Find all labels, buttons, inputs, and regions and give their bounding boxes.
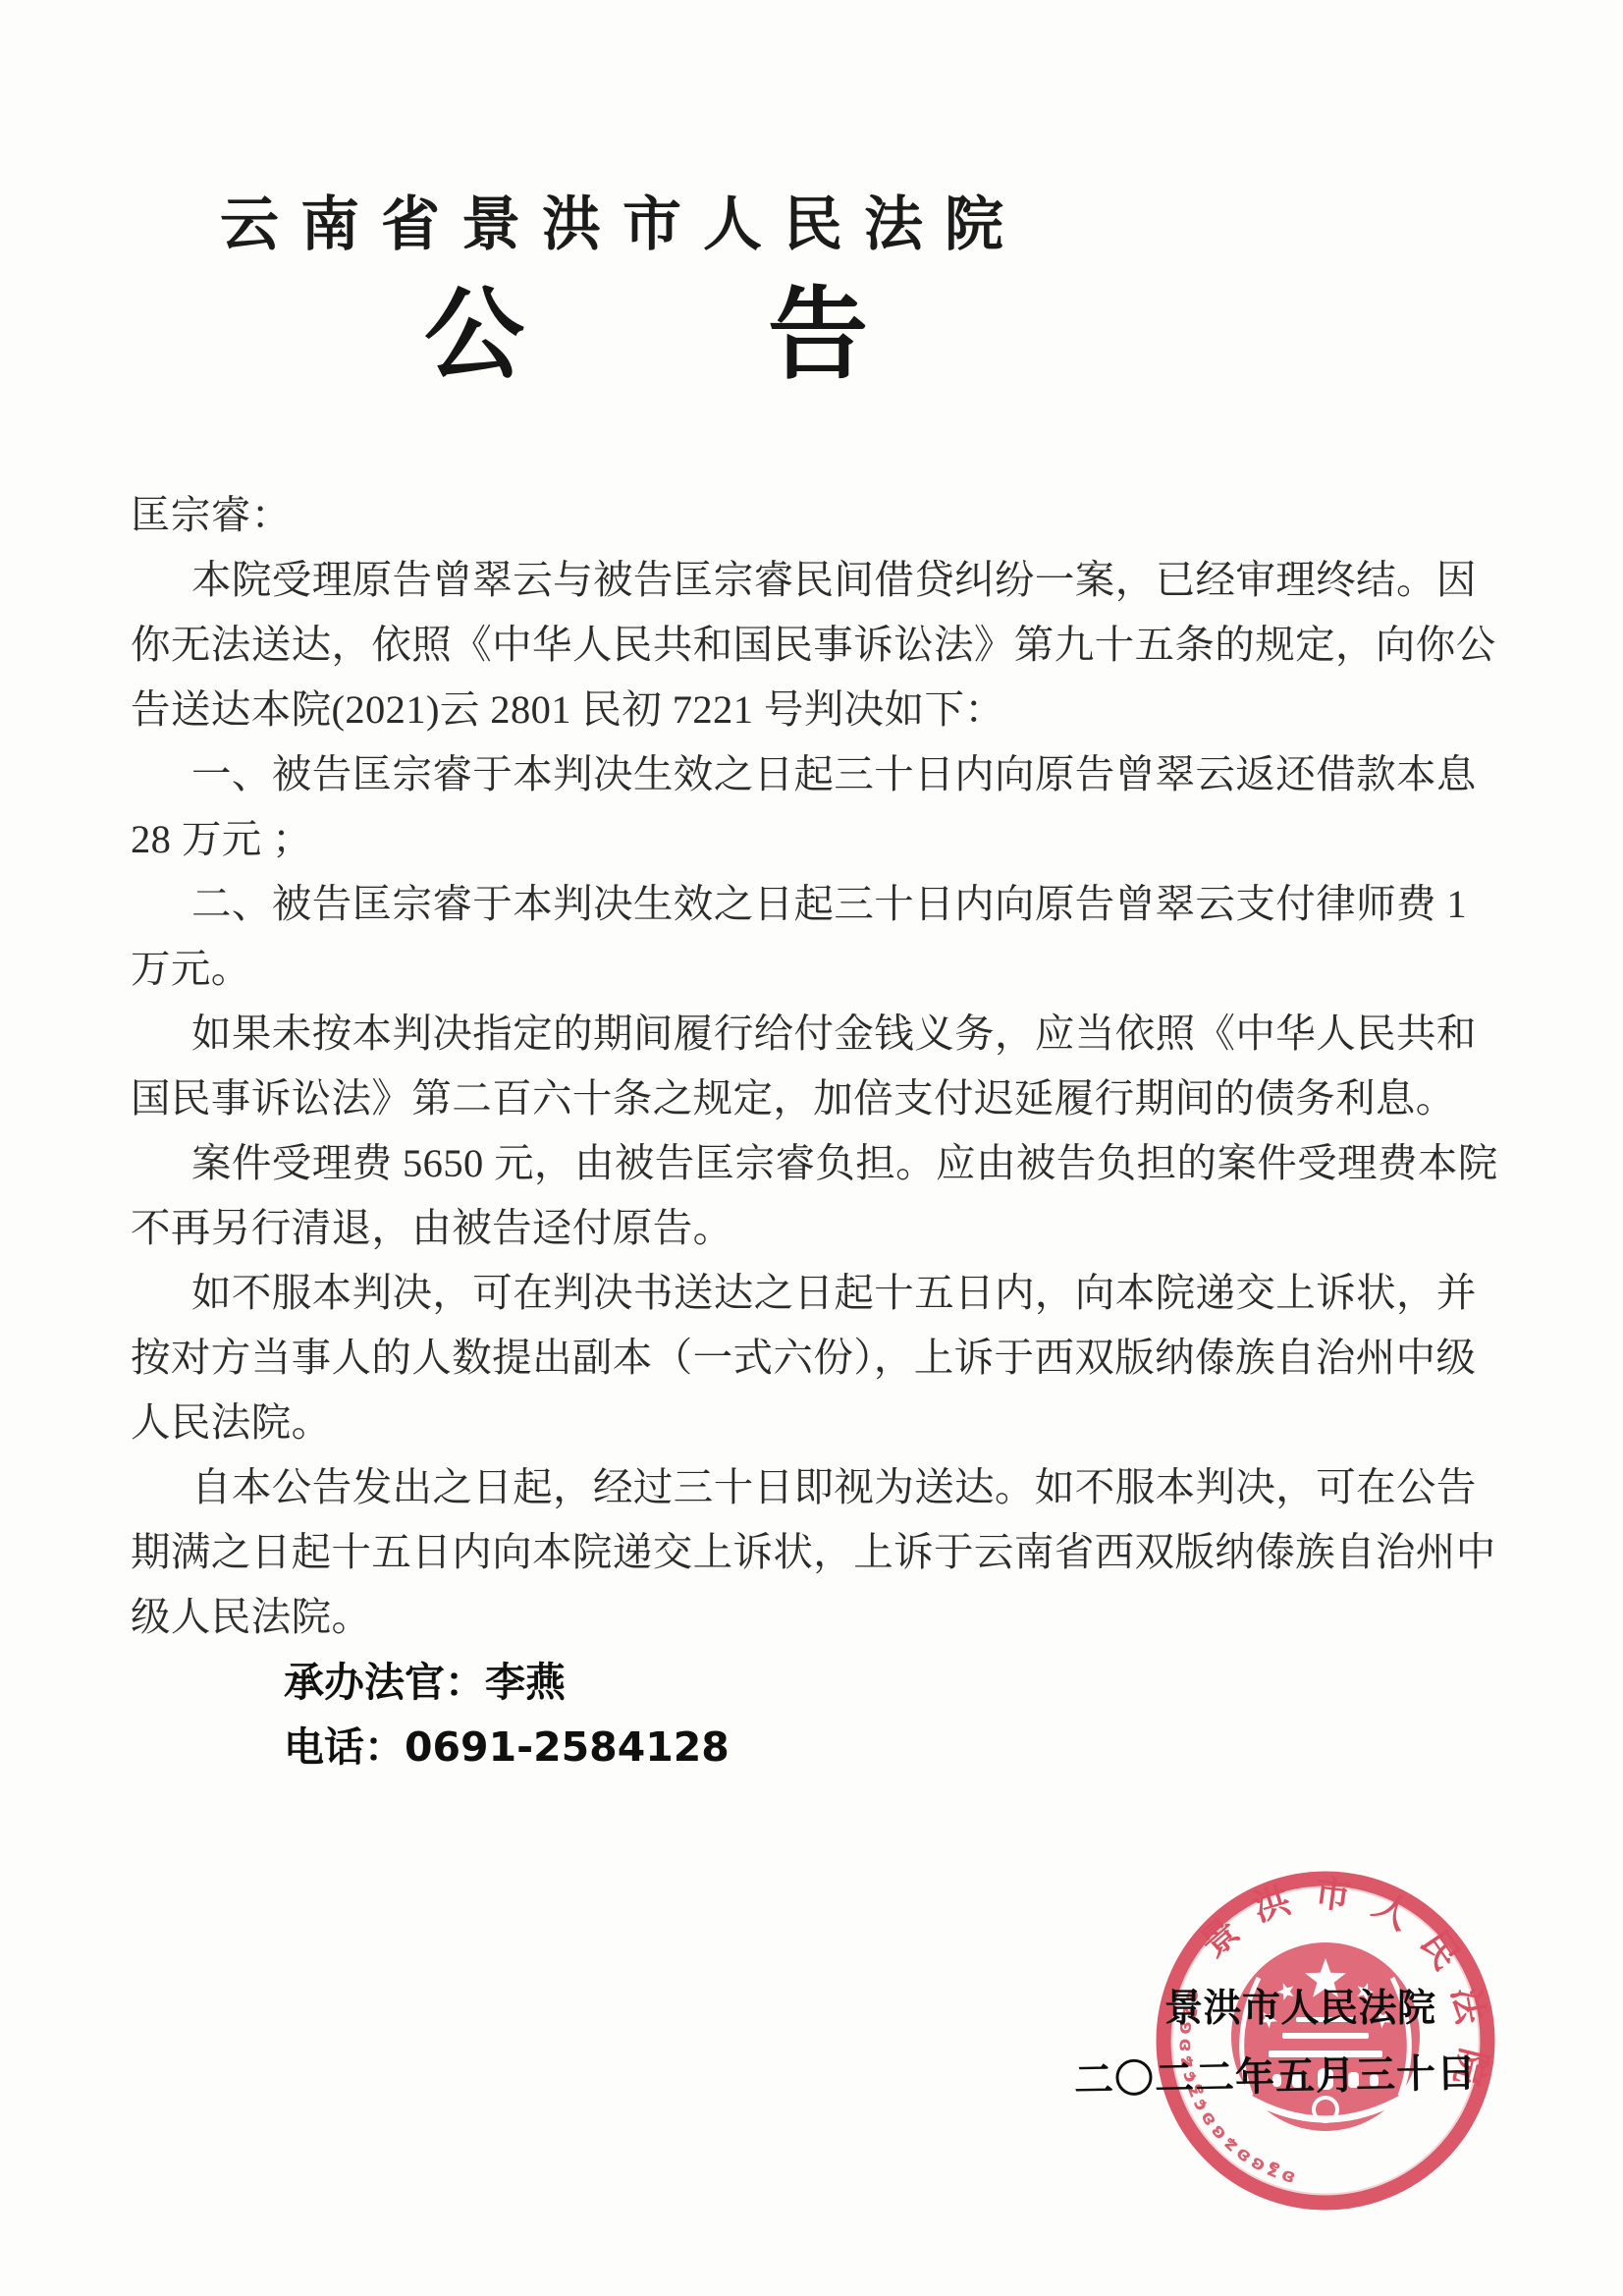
official-seal: 景洪市人民法院 ʚʓɞʚʑɞʚɕʓɕʑʚɞʓʚ (1149, 1864, 1502, 2217)
body-text: 匡宗睿： 本院受理原告曾翠云与被告匡宗睿民间借贷纠纷一案，已经审理终结。因 你无… (131, 483, 1505, 1650)
body-line: 人民法院。 (131, 1391, 1505, 1455)
body-line: 期满之日起十五日内向本院递交上诉状，上诉于云南省西双版纳傣族自治州中 (131, 1520, 1505, 1585)
judge-line: 承办法官：李燕 (284, 1650, 730, 1715)
recipient-line: 匡宗睿： (131, 483, 1505, 548)
body-line: 一、被告匡宗睿于本判决生效之日起三十日内向原告曾翠云返还借款本息 (131, 742, 1505, 807)
court-name: 云南省景洪市人民法院 (220, 195, 1025, 254)
body-line: 本院受理原告曾翠云与被告匡宗睿民间借贷纠纷一案，已经审理终结。因 (131, 548, 1505, 613)
body-line: 如不服本判决，可在判决书送达之日起十五日内，向本院递交上诉状，并 (131, 1261, 1505, 1326)
body-line: 级人民法院。 (131, 1585, 1505, 1650)
phone-line: 电话：0691-2584128 (284, 1715, 730, 1779)
document-title: 公 告 (424, 287, 940, 387)
seal-court-name: 景洪市人民法院 (1164, 1986, 1436, 2033)
national-emblem-icon (1231, 1942, 1420, 2131)
body-line: 自本公告发出之日起，经过三十日即视为送达。如不服本判决，可在公告 (131, 1455, 1505, 1520)
signature-block: 承办法官：李燕 电话：0691-2584128 (284, 1650, 730, 1779)
body-line: 如果未按本判决指定的期间履行给付金钱义务，应当依照《中华人民共和 (131, 1002, 1505, 1066)
body-line: 你无法送达，依照《中华人民共和国民事诉讼法》第九十五条的规定，向你公 (131, 613, 1505, 678)
seal-date: 二〇二二年五月三十日 (1074, 2049, 1478, 2105)
body-line: 不再另行清退，由被告迳付原告。 (131, 1196, 1505, 1261)
body-line: 国民事诉讼法》第二百六十条之规定，加倍支付迟延履行期间的债务利息。 (131, 1066, 1505, 1131)
body-line: 28 万元 ； (131, 807, 1505, 872)
body-line: 二、被告匡宗睿于本判决生效之日起三十日内向原告曾翠云支付律师费 1 (131, 872, 1505, 937)
body-line: 案件受理费 5650 元，由被告匡宗睿负担。应由被告负担的案件受理费本院 (131, 1131, 1505, 1196)
body-line: 按对方当事人的人数提出副本（一式六份），上诉于西双版纳傣族自治州中级 (131, 1326, 1505, 1391)
body-line: 告送达本院(2021)云 2801 民初 7221 号判决如下： (131, 678, 1505, 742)
body-line: 万元。 (131, 937, 1505, 1002)
announcement-page: 云南省景洪市人民法院 公 告 匡宗睿： 本院受理原告曾翠云与被告匡宗睿民间借贷纠… (0, 0, 1623, 2296)
